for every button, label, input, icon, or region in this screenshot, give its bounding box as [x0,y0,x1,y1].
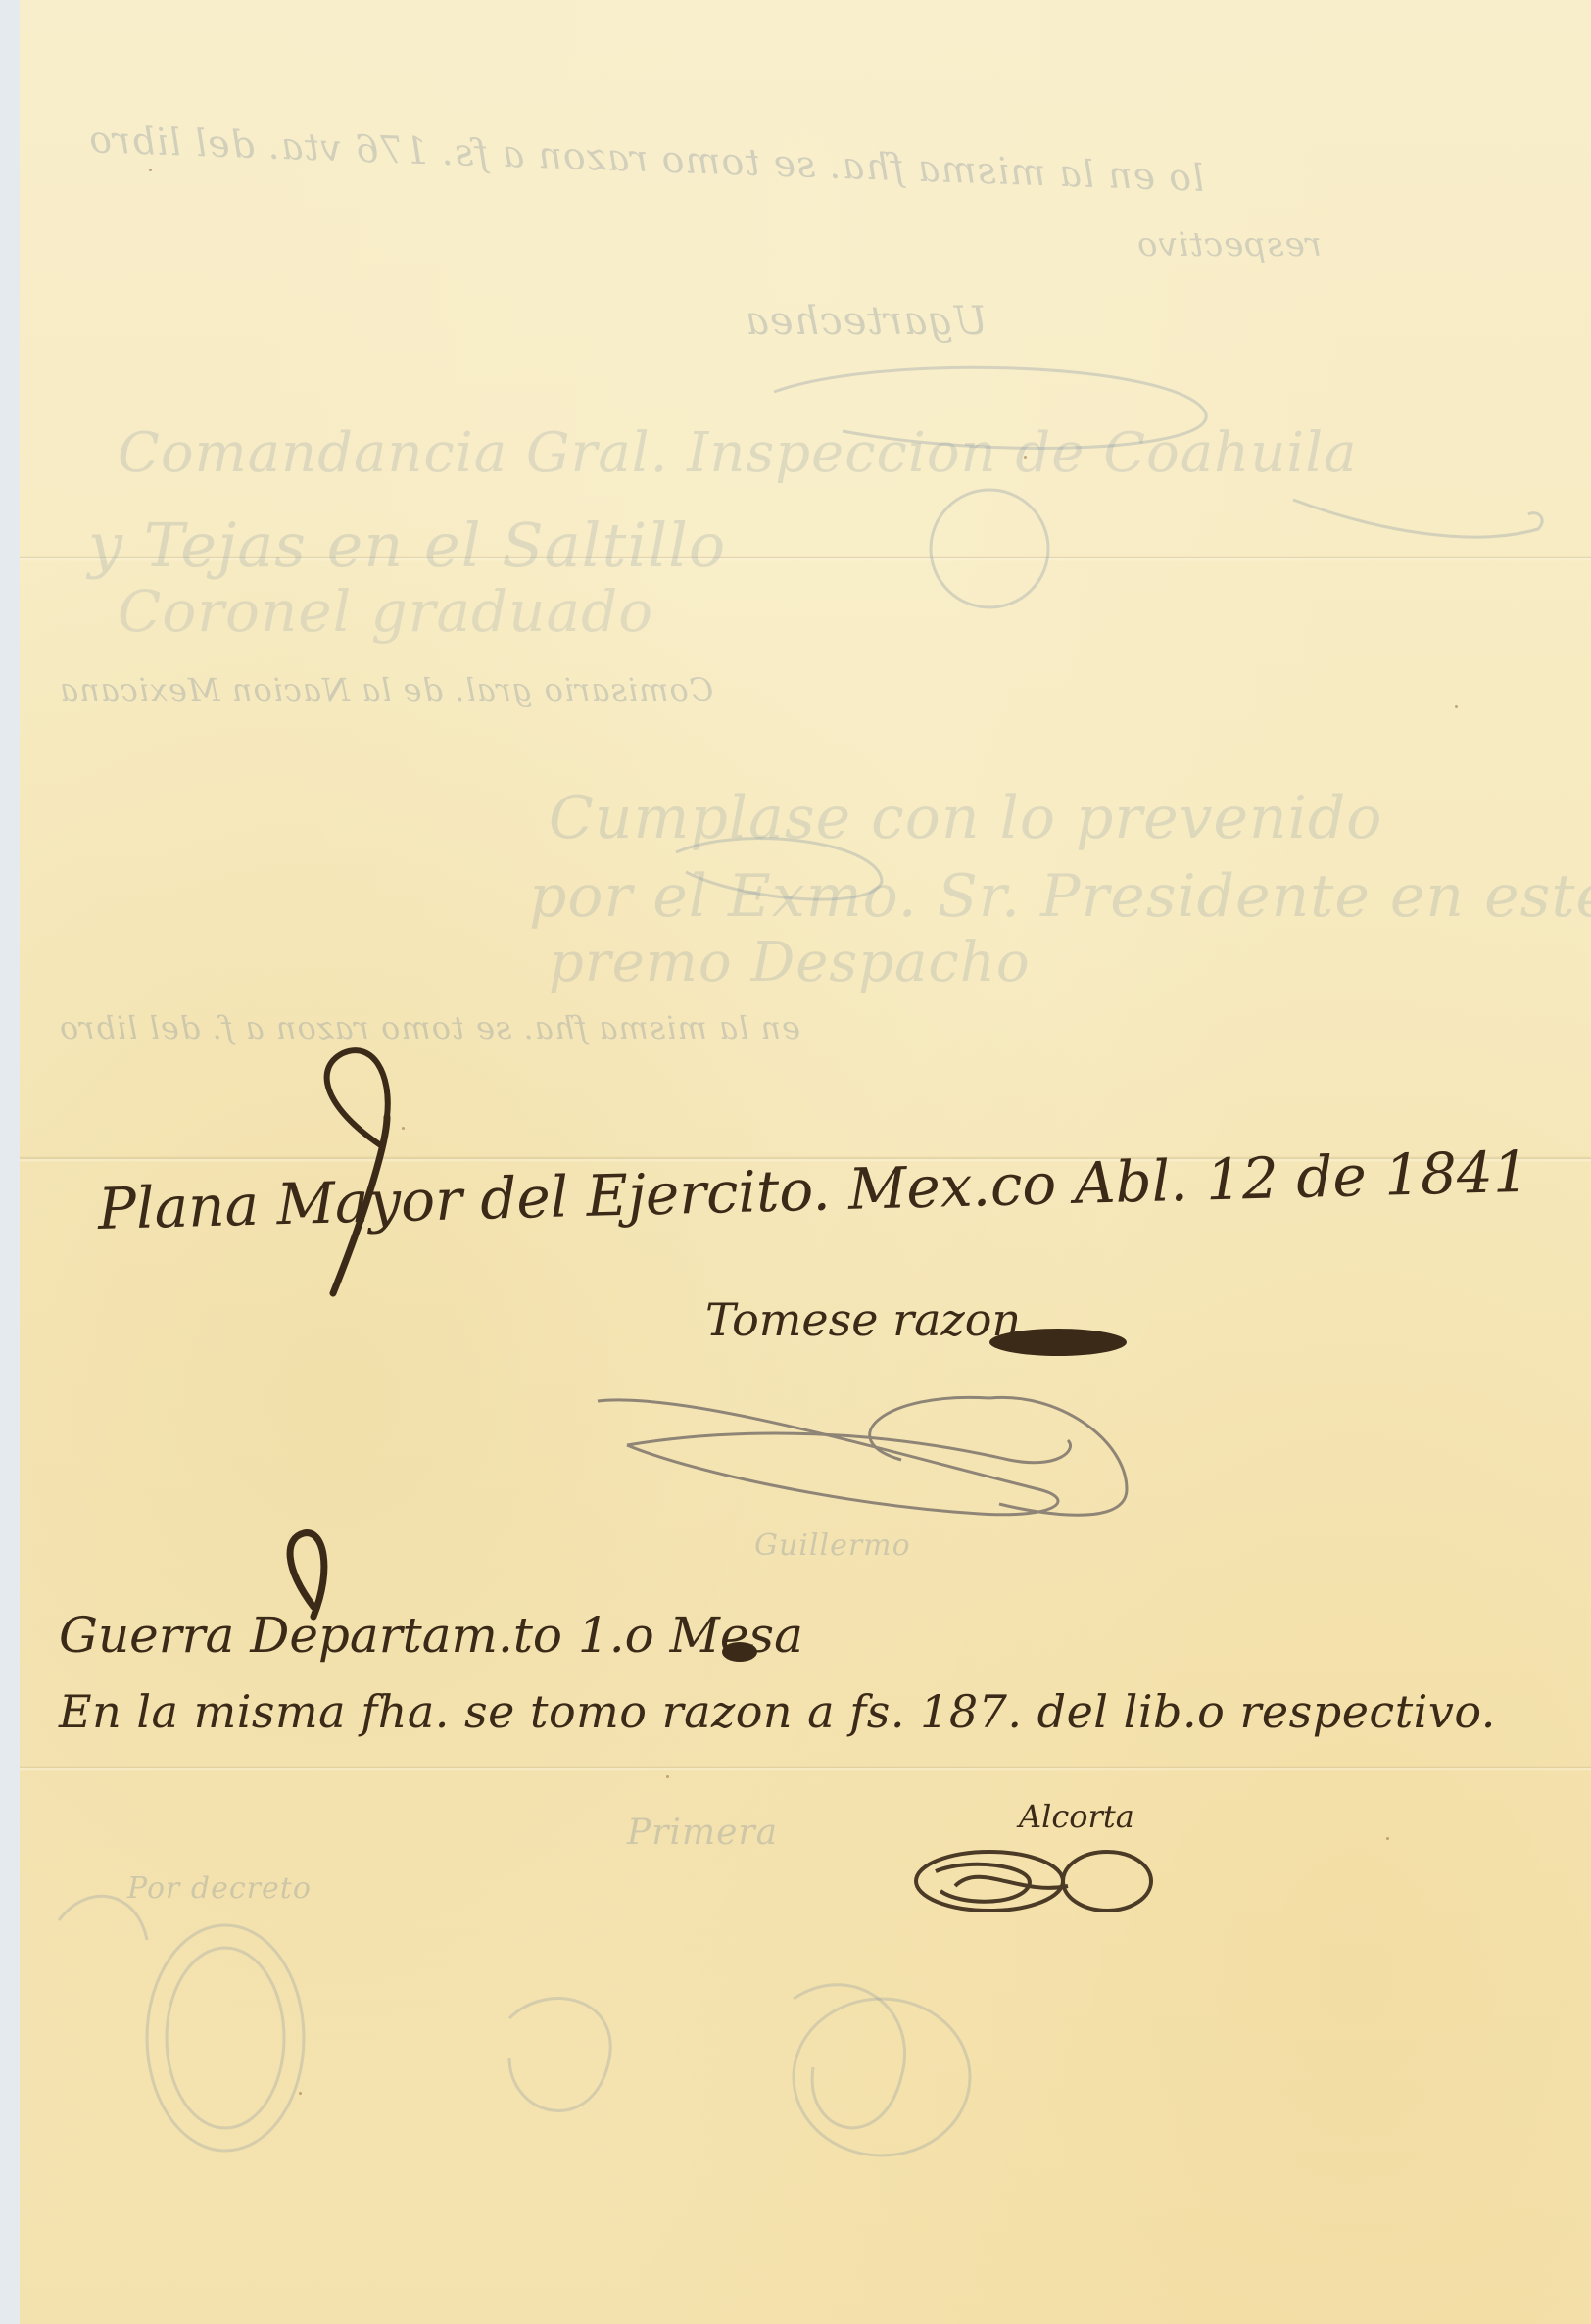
bleed-through-middle-line-1: Comandancia Gral. Inspeccion de Coahuila [118,421,1358,485]
foxing-spot [149,169,152,171]
bleed-through-mirror-mid: Comisario gral. de la Nacion Mexicana [59,671,713,708]
foxing-spot [299,2092,302,2095]
bleed-through-top-signature: Ugartechea [745,299,988,344]
bleed-through-middle-line-4: Cumplase con lo prevenido [549,784,1382,852]
foxing-spot [666,1775,669,1778]
entry-plana-mayor-note: Tomese razon [705,1293,1021,1346]
bleed-through-lower-left: Por decreto [127,1871,312,1906]
bleed-through-mirror-lower: en la misma fha. se tomo razon a f. del … [59,1009,800,1046]
fold-line [20,1766,1591,1771]
foxing-spot [1024,456,1027,459]
foxing-spot [1455,705,1458,708]
foxing-spot [402,1127,405,1130]
entry-guerra-line-2: En la misma fha. se tomo razon a fs. 187… [59,1685,1496,1738]
bleed-through-middle-line-5: por el Exmo. Sr. Presidente en este Su- [529,862,1591,931]
bleed-through-top-line-2: respectivo [1136,225,1322,265]
bleed-through-middle-line-3: Coronel graduado [118,578,653,645]
bleed-through-middle-line-2: y Tejas en el Saltillo [88,509,726,581]
bleed-through-middle-line-6: premo Despacho [549,931,1031,994]
bleed-through-lower-mid: Primera [627,1813,778,1853]
entry-guerra-signature: Alcorta [1019,1798,1134,1835]
bleed-through-lower-mid-2: Guillermo [754,1528,911,1563]
entry-guerra-line-1: Guerra Departam.to 1.o Mesa [59,1607,803,1664]
foxing-spot [1386,1837,1389,1840]
